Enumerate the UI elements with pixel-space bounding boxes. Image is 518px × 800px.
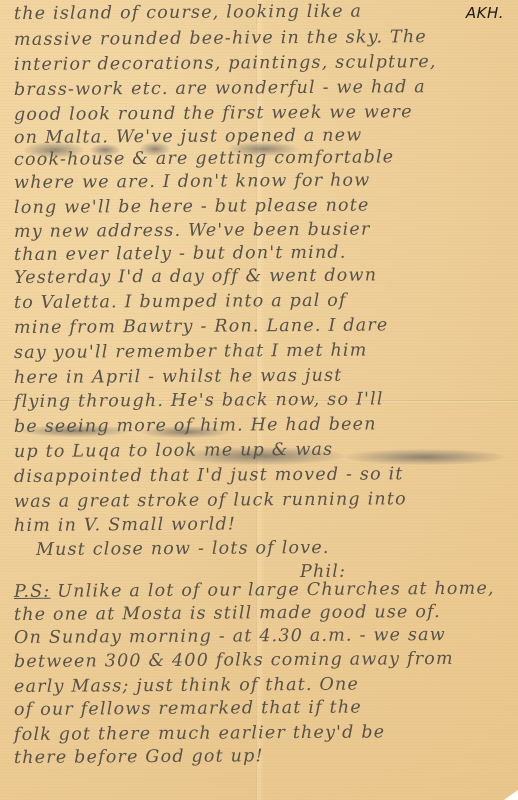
letter-page: AKH. the island of course, looking like …	[0, 0, 518, 800]
postscript-first-line: P.S: Unlike a lot of our large Churches …	[14, 579, 495, 602]
letter-line: was a great stroke of luck running into	[14, 489, 407, 512]
letter-line: him in V. Small world!	[14, 514, 236, 536]
postscript-label: P.S:	[14, 582, 51, 602]
letter-line: the island of course, looking like a	[14, 2, 362, 24]
letter-line: flying through. He's back now, so I'll	[14, 389, 384, 412]
letter-line: say you'll remember that I met him	[14, 341, 368, 363]
postscript-line: early Mass; just think of that. One	[14, 675, 359, 697]
ink-smudge	[345, 449, 505, 465]
letter-line: interior decorations, paintings, sculptu…	[14, 52, 437, 75]
postscript-line: of our fellows remarked that if the	[14, 698, 362, 720]
postscript-line: between 300 & 400 folks coming away from	[14, 649, 454, 672]
letter-line: massive rounded bee-hive in the sky. The	[14, 27, 427, 50]
letter-line: long we'll be here - but please note	[14, 196, 370, 218]
postscript-line: folk got there much earlier they'd be	[14, 722, 385, 745]
letter-closing: Must close now - lots of love.	[36, 538, 330, 560]
letter-line: Yesterday I'd a day off & went down	[14, 265, 377, 288]
letter-line: be seeing more of him. He had been	[14, 414, 377, 437]
letter-line: than ever lately - but don't mind.	[14, 243, 347, 265]
letter-line: here in April - whilst he was just	[14, 366, 343, 388]
postscript-text: Unlike a lot of our large Churches at ho…	[57, 579, 495, 602]
letter-line: on Malta. We've just opened a new	[14, 126, 363, 148]
corner-mark: AKH.	[466, 4, 504, 22]
letter-line: my new address. We've been busier	[14, 220, 371, 242]
letter-line: where we are. I don't know for how	[14, 171, 371, 193]
letter-line: brass-work etc. are wonderful - we had a	[14, 77, 426, 100]
letter-line: to Valetta. I bumped into a pal of	[14, 291, 347, 313]
postscript-line: On Sunday morning - at 4.30 a.m. - we sa…	[14, 625, 446, 648]
torn-corner	[504, 790, 518, 800]
letter-line: good look round the first week we were	[14, 102, 413, 125]
letter-line: up to Luqa to look me up & was	[14, 440, 333, 462]
letter-line: cook-house & are getting comfortable	[14, 147, 394, 170]
letter-line: disappointed that I'd just moved - so it	[14, 464, 404, 487]
letter-line: mine from Bawtry - Ron. Lane. I dare	[14, 315, 389, 338]
postscript-line: the one at Mosta is still made good use …	[14, 602, 441, 625]
postscript-line: there before God got up!	[14, 746, 264, 768]
